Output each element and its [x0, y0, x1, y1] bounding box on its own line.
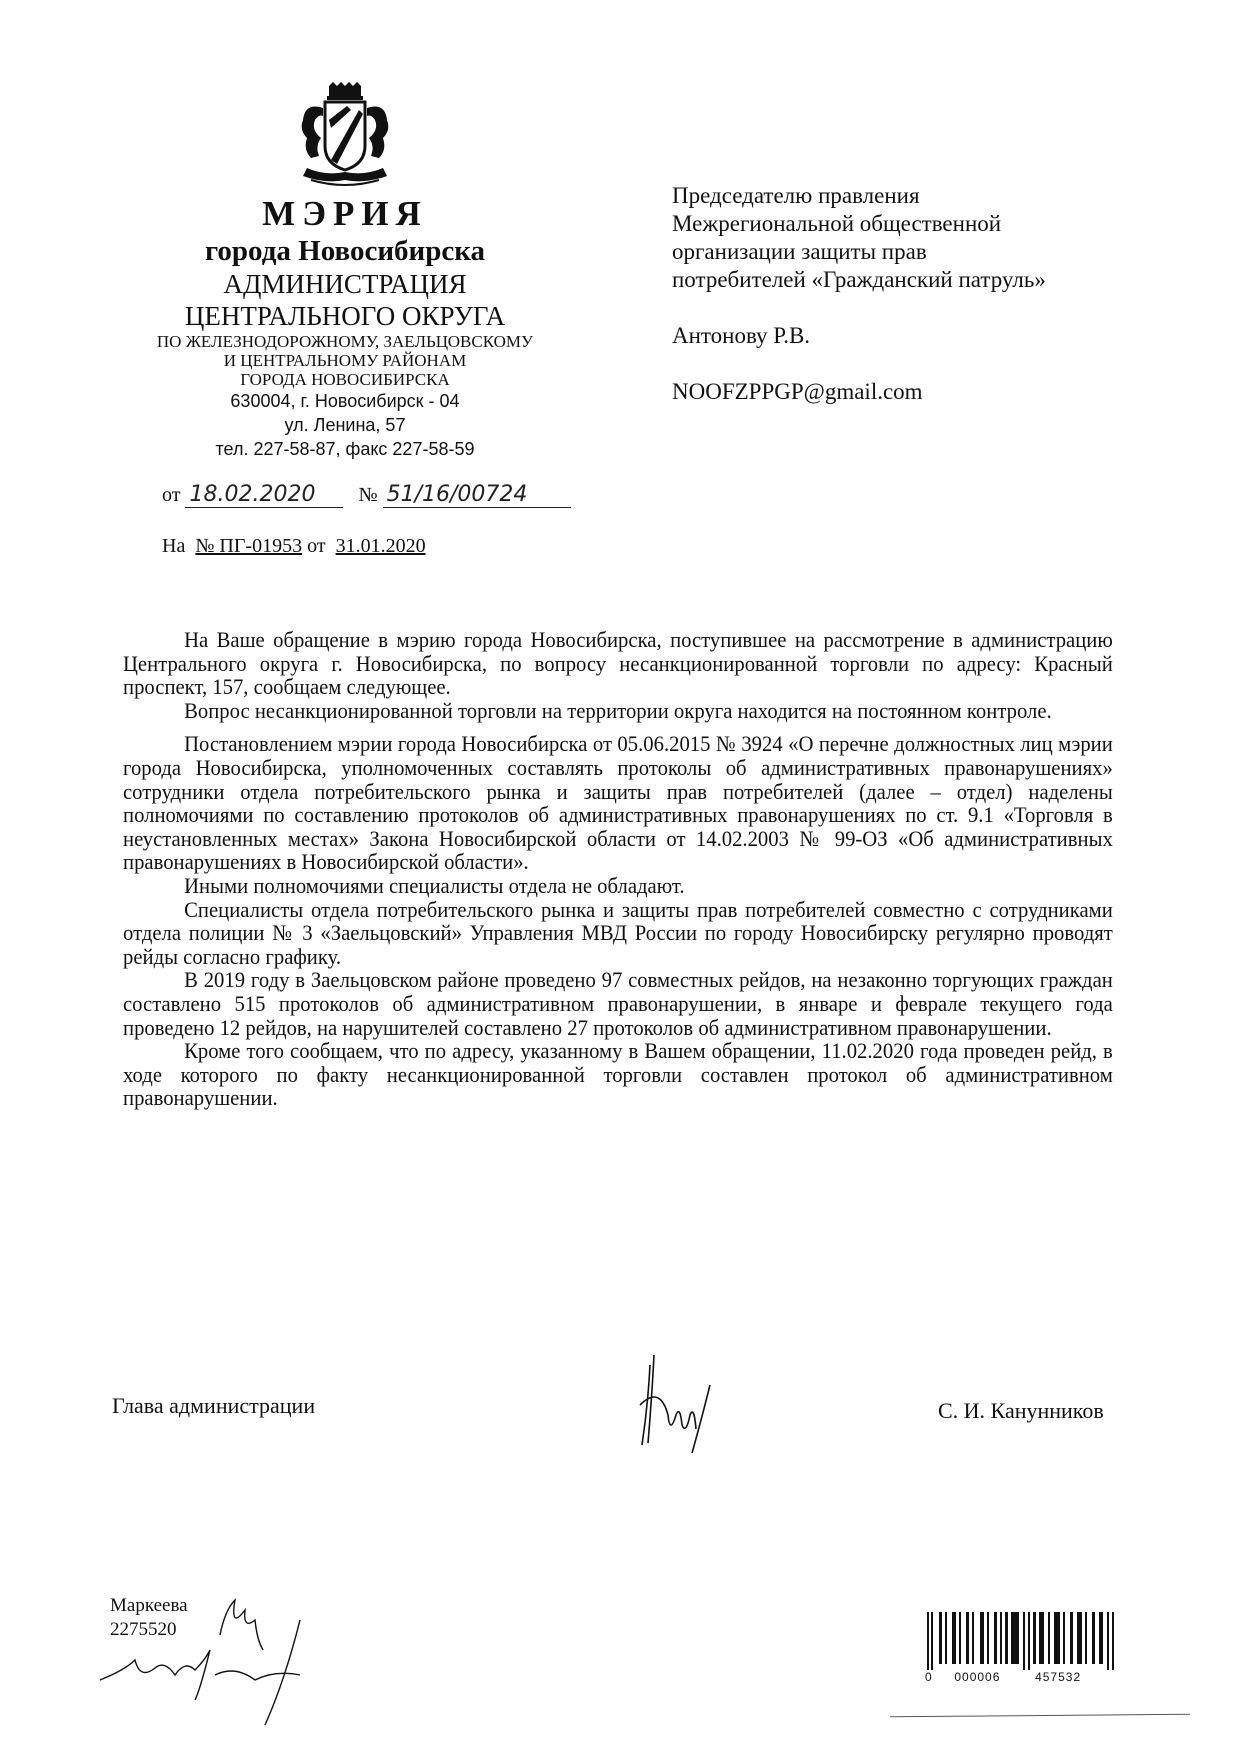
- paragraph: На Ваше обращение в мэрию города Новосиб…: [123, 628, 1113, 699]
- paragraph: Кроме того сообщаем, что по адресу, указ…: [123, 1039, 1113, 1110]
- executor-signature-icon: [95, 1590, 335, 1740]
- letterhead: МЭРИЯ города Новосибирска АДМИНИСТРАЦИЯ …: [140, 80, 550, 461]
- districts-line-3: ГОРОДА НОВОСИБИРСКА: [140, 370, 550, 389]
- addressee-line-2: Межрегиональной общественной: [672, 210, 1192, 238]
- administration-title: АДМИНИСТРАЦИЯ: [140, 268, 550, 300]
- letter-body: На Ваше обращение в мэрию города Новосиб…: [123, 628, 1113, 1110]
- postal-address: 630004, г. Новосибирск - 04: [140, 389, 550, 413]
- addressee-email: NOOFZPPGP@gmail.com: [672, 378, 1192, 406]
- addressee-line-4: потребителей «Гражданский патруль»: [672, 266, 1192, 294]
- barcode-number: 0 000006 457532: [925, 1670, 1081, 1684]
- number-label: №: [358, 484, 377, 506]
- mayor-office-title: МЭРИЯ: [140, 194, 550, 234]
- ref-date: 31.01.2020: [336, 535, 426, 557]
- addressee-name: Антонову Р.В.: [672, 322, 1192, 350]
- ref-label: На: [162, 535, 185, 557]
- addressee-block: Председателю правления Межрегиональной о…: [672, 182, 1192, 406]
- city-name: города Новосибирска: [140, 234, 550, 268]
- paragraph: Вопрос несанкционированной торговли на т…: [123, 699, 1113, 723]
- districts-line-2: И ЦЕНТРАЛЬНОМУ РАЙОНАМ: [140, 351, 550, 370]
- barcode-icon: [925, 1612, 1165, 1670]
- districts-line-1: ПО ЖЕЛЕЗНОДОРОЖНОМУ, ЗАЕЛЬЦОВСКОМУ: [140, 332, 550, 351]
- from-label: от: [162, 484, 180, 506]
- phone-fax: тел. 227-58-87, факс 227-58-59: [140, 437, 550, 461]
- signatory-title: Глава администрации: [112, 1393, 315, 1419]
- district-title: ЦЕНТРАЛЬНОГО ОКРУГА: [140, 300, 550, 332]
- registration-date: 18.02.2020: [185, 482, 343, 508]
- registration-line: от 18.02.2020 № 51/16/00724: [162, 482, 571, 508]
- paragraph: Иными полномочиями специалисты отдела не…: [123, 874, 1113, 898]
- reference-line: На № ПГ-01953 от 31.01.2020: [162, 535, 426, 558]
- street-address: ул. Ленина, 57: [140, 413, 550, 437]
- paragraph: Постановлением мэрии города Новосибирска…: [123, 732, 1113, 874]
- addressee-line-3: организации защиты прав: [672, 238, 1192, 266]
- handwritten-signature-icon: [620, 1345, 760, 1455]
- barcode-digits-mid: 000006: [954, 1670, 1000, 1684]
- signatory-name: С. И. Канунников: [938, 1398, 1104, 1424]
- barcode-digits-right: 457532: [1035, 1670, 1081, 1684]
- addressee-line-1: Председателю правления: [672, 182, 1192, 210]
- coat-of-arms-icon: [285, 80, 405, 190]
- paragraph: В 2019 году в Заельцовском районе провед…: [123, 968, 1113, 1039]
- ref-number: № ПГ-01953: [195, 535, 302, 557]
- paragraph: Специалисты отдела потребительского рынк…: [123, 898, 1113, 969]
- barcode-digit-left: 0: [925, 1670, 933, 1684]
- footer-divider: [890, 1714, 1190, 1718]
- ref-from-label: от: [307, 535, 325, 557]
- registration-number: 51/16/00724: [383, 482, 571, 508]
